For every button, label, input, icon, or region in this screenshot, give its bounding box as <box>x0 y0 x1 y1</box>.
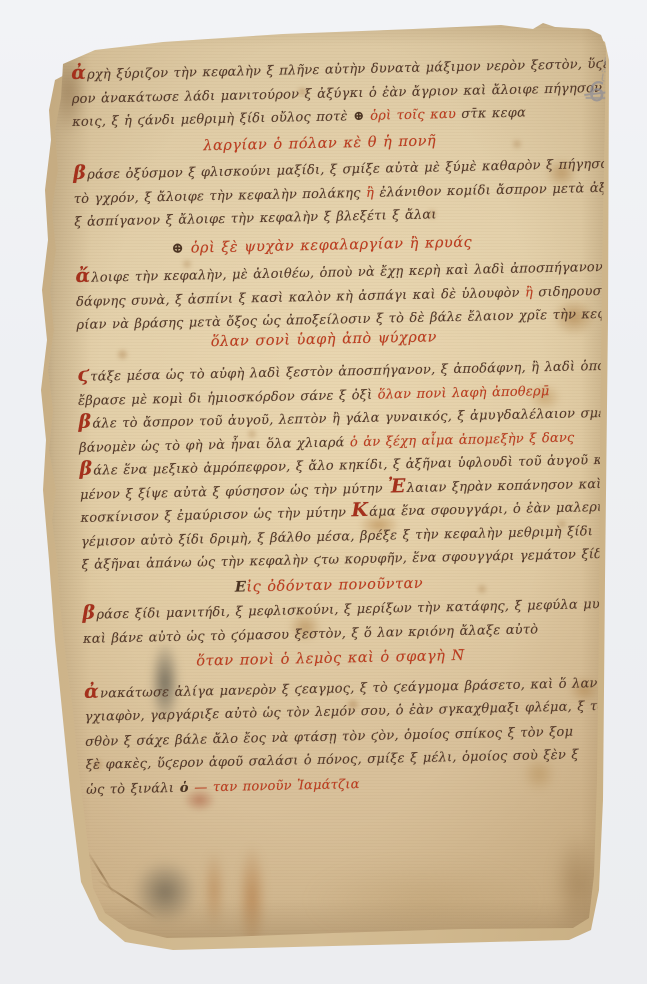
rubric-text-run: ὁ ἀν ξέχη αἷμα ἀπομεξὴν ξ δανς <box>350 430 575 450</box>
rubric-text-run: β <box>73 162 86 184</box>
rubric-text-run: — ταν πονοῦν Ἰαμάτζια <box>194 777 360 795</box>
rubric-text-run: ἰς ὀδόνταν πονοῦνταν <box>246 575 423 595</box>
ink-text-run: ὁ <box>174 780 195 795</box>
rubric-text-run: β <box>82 602 95 624</box>
ink-text-run: κοις, ξ ἡ ϛάνδι μεθριμὴ ξίδι οὔλος ποτὲ <box>72 109 348 130</box>
rubric-text-run: Ἐ <box>388 475 406 497</box>
corner-crease <box>96 879 157 920</box>
ink-text-run: λαιαν ξηρὰν κοπάνησον καὶ <box>407 476 602 495</box>
ink-text-run: καὶ βάνε αὐτὸ ὡς τὸ ϛόμασου ξεστὸν, ξ ὅ … <box>83 622 539 647</box>
pencil-scribble: θℓ <box>613 459 631 485</box>
pencil-page-number: 34 <box>615 109 647 147</box>
rubric-text-run: ὅλαν πονὶ λαφὴ ἀποθερμ̄ <box>377 384 549 403</box>
rubric-text-run: ἀ <box>71 62 86 84</box>
ink-text-run: κοσκίνισον ξ ἐμαύρισον ὡς τὴν μύτην <box>80 505 351 526</box>
ink-text-run: τὸ γχρόν, ξ ἄλοιφε τὴν κεφαλὴν πολάκης <box>74 185 367 206</box>
strike-mark <box>586 97 634 100</box>
ink-text-run: ὡς τὸ ξινάλι <box>86 781 174 798</box>
stain-rust-streak <box>238 845 266 950</box>
rubric-text-run: β <box>78 411 91 433</box>
text-column: ἀρχὴ ξύριζον τὴν κεφαλὴν ξ πλῆνε αὐτὴν δ… <box>71 54 580 802</box>
ink-text-run: ⊕ <box>347 109 370 124</box>
rubric-text-run: Ν̄ <box>451 648 465 664</box>
rubric-text-run: λαργίαν ὁ πόλαν κὲ θ ἡ πονῆ <box>203 133 436 154</box>
rubric-text-run: ἀ <box>84 680 99 702</box>
gutter-speck <box>37 350 40 357</box>
scanned-manuscript-photo: ἀρχὴ ξύριζον τὴν κεφαλὴν ξ πλῆνε αὐτὴν δ… <box>0 0 647 984</box>
pencil-faint-curl: 9 <box>628 147 647 175</box>
ink-text-run: στ̄κ κεφα <box>456 105 526 121</box>
ink-text-run: μένον ξ ξίψε αὐτὰ ξ φύσησον ὡς τὴν μύτην <box>80 481 388 502</box>
stain-dark-smudge-bottom <box>133 860 197 924</box>
manuscript-page: ἀρχὴ ξύριζον τὴν κεφαλὴν ξ πλῆνε αὐτὴν δ… <box>33 20 611 940</box>
rubric-text-run: ϛ <box>77 364 89 386</box>
rubric-text-run: β <box>79 458 92 480</box>
gutter-speck <box>38 205 41 212</box>
ink-text-run: ἔβρασε μὲ κομὶ δι ἡμιοσκόρδον σάνε ξ ὀξὶ <box>78 387 378 408</box>
stain-bottom-wash <box>313 865 533 935</box>
rubric-text-run: ὁρὶ τοῖς καυ <box>370 107 456 124</box>
ink-text-run: ξ ἀσπίγανον ξ ἄλοιφε τὴν κεφαλὴν ξ βλεξέ… <box>74 207 437 230</box>
rubric-text-run: ὅταν πονὶ ὁ λεμὸς καὶ ὁ σφαγὴ <box>196 648 452 669</box>
gutter-speck <box>40 630 43 637</box>
rubric-text-run: ἄ <box>75 265 90 287</box>
ink-text-run: βάνομὲν ὡς τὸ φὴ νὰ ἦναι ὅλα χλιαρά <box>79 435 350 456</box>
rubric-text-run: ὁρὶ ξὲ ψυχὰν κεφαλαργίαν ἢ κρυάς <box>191 234 473 256</box>
gutter-speck <box>43 235 47 241</box>
pencil-scribble: ςω <box>641 358 647 384</box>
gutter-speck <box>44 580 48 587</box>
ink-text-run: ⊕ <box>171 239 191 256</box>
rubric-text-run: Κ <box>351 499 368 521</box>
gutter-speck <box>41 170 45 178</box>
ink-text-run: ἐλάνιθον κομίδι ἄσπρον μετὰ ἀξέου: <box>374 180 634 200</box>
gutter-speck <box>39 275 42 283</box>
ink-text-run: Ε <box>235 578 247 595</box>
rubric-text-run: ὅλαν σονὶ ὑαφὴ ἀπὸ ψύχραν <box>211 329 437 350</box>
ink-text-run: άμα ἕνα σφουγγάρι, ὁ ἐὰν μαλερι, καὶ <box>369 499 635 520</box>
stain-rust-streak-2 <box>203 850 225 930</box>
